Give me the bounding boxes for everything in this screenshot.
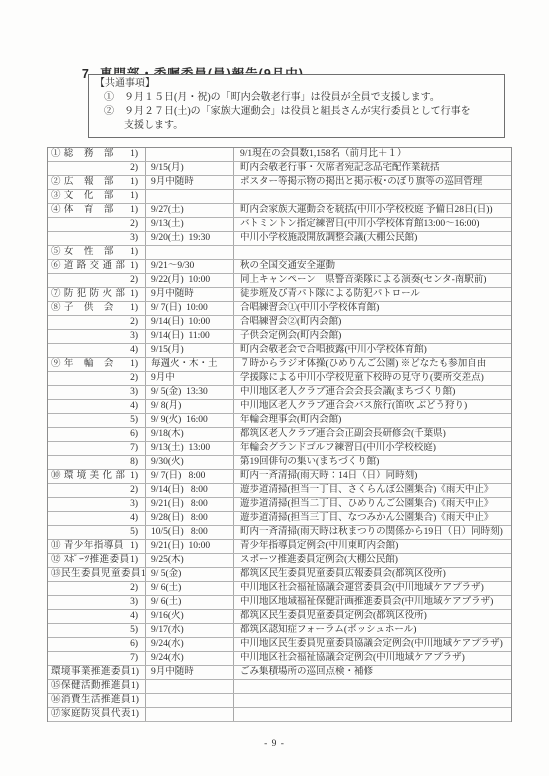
cell-description [234,246,511,259]
cell-date: 毎週火・木・土 [146,358,234,371]
cell-department: 3) [48,232,146,245]
department-label: ⑫ ｽﾎﾟｰﾂ推進委員 [51,554,130,567]
row-number: 1) [130,288,138,301]
row-number: 2) [130,162,138,175]
cell-department: ⑨ 年 輪 会 1) [48,358,146,371]
department-label: ⑪ 青少年指導員 [51,540,124,553]
table-row: 5) 9/ 9(火) 16:00 年輪会理事会(町内会館) [48,414,511,428]
cell-department: ② 広 報 部 1) [48,176,146,189]
table-row: 5) 10/5(日) 8:00 町内一斉清掃(雨天時は秋まつりの関係から19日（… [48,526,511,540]
cell-date: 9/21(日) 10:00 [146,540,234,553]
department-label: ⑰家庭防災員代表 [51,708,131,721]
table-row: 8) 9/30(火) 第19回俳句の集い(まちづくり館) [48,456,511,470]
cell-description: 町内一斉清掃(雨天時：14日（日）同時刻) [234,470,511,483]
cell-description: 青少年指導員定例会(中川東町内会館) [234,540,511,553]
table-row: ⑧ 子 供 会 1) 9/ 7(日) 10:00 合唱練習会①(中川小学校体育館… [48,302,511,316]
cell-department: ⑬民生委員児童委員 1) [48,568,146,581]
cell-department: ⑰家庭防災員代表 1) [48,708,146,721]
row-number: 3) [130,498,138,511]
table-row: 2) 9/15(月) 町内会敬老行事・欠席者宛記念品宅配作業統括 [48,162,511,176]
cell-department: 2) [48,162,146,175]
cell-department: 3) [48,330,146,343]
table-row: 2) 9/ 6(土) 中川地区社会福祉協議会運営委員会(中川地域ケアプラザ) [48,582,511,596]
table-row: 2) 9/14(日) 8:00 遊歩道清掃(担当一丁目、さくらんぼ公園集合)《雨… [48,484,511,498]
department-label: ① 総 務 部 [51,148,114,161]
cell-description: 遊歩道清掃(担当三丁目、なつみかん公園集合)《雨天中止》 [234,512,511,525]
cell-description: 徒歩班及び青パト隊による防犯パトロール [234,288,511,301]
table-row: 2) 9/14(日) 10:00 合唱練習会②(町内会館) [48,316,511,330]
table-row: 3) 9/ 5(金) 13:30 中川地区老人クラブ連合会会長会議(まちづくり館… [48,386,511,400]
cell-description: 年輪会グランドゴルフ練習日(中川小学校校庭) [234,442,511,455]
cell-description: 秋の全国交通安全運動 [234,260,511,273]
cell-date: 9/15(月) [146,162,234,175]
table-row: 2) 9/13(土) バトミントン指定練習日(中川小学校体育館13:00～16:… [48,218,511,232]
row-number: 6) [130,428,138,441]
cell-description: 町内一斉清掃(雨天時は秋まつりの関係から19日（日）同時刻) [234,526,511,539]
table-row: 4) 9/15(月) 町内会敬老会で合唱披露(中川小学校体育館) [48,344,511,358]
cell-date: 9/30(火) [146,456,234,469]
cell-description: 中川地区社会福祉協議会定例会(中川地域ケアプラザ) [234,652,511,665]
table-row: ⑯消費生活推進員 1) [48,694,511,708]
cell-department: ③ 文 化 部 1) [48,190,146,203]
cell-description: 都筑区認知症フォーラム(ボッシュホール) [234,624,511,637]
table-row: 5) 9/17(水) 都筑区認知症フォーラム(ボッシュホール) [48,624,511,638]
cell-description: 遊歩道清掃(担当一丁目、さくらんぼ公園集合)《雨天中止》 [234,484,511,497]
cell-date: 9/13(土) [146,218,234,231]
cell-date: 9/ 7(日) 8:00 [146,470,234,483]
cell-description: 中川地区老人クラブ連合会会長会議(まちづくり館) [234,386,511,399]
table-row: 6) 9/24(水) 中川地区民生委員児童委員協議会定例会(中川地域ケアプラザ) [48,638,511,652]
row-number: 2) [130,316,138,329]
row-number: 4) [130,512,138,525]
cell-date: 9/ 5(金) [146,568,234,581]
cell-description: 中川地区社会福祉協議会運営委員会(中川地域ケアプラザ) [234,582,511,595]
row-number: 2) [130,274,138,287]
row-number: 1) [130,204,138,217]
cell-description: ７時からラジオ体操(ひめりんご公園) ※どなたも参加自由 [234,358,511,371]
cell-department: ⑫ ｽﾎﾟｰﾂ推進委員 1) [48,554,146,567]
cell-description: 同上キャンペーン 県警音楽隊による演奏(センタ-南駅前) [234,274,511,287]
row-number: 8) [130,456,138,469]
table-row: 6) 9/18(木) 都筑区老人クラブ連合会正副会長研修会(千葉県) [48,428,511,442]
row-number: 5) [130,624,138,637]
cell-department: 5) [48,526,146,539]
cell-department: 3) [48,498,146,511]
cell-description: 合唱練習会②(町内会館) [234,316,511,329]
cell-department: 5) [48,624,146,637]
cell-date: 9/14(日) 11:00 [146,330,234,343]
table-row: ③ 文 化 部 1) [48,190,511,204]
report-table: ① 総 務 部 1) 9/1現在の会員数1,158名（前月比＋１） 2) 9/1… [47,147,512,722]
table-row: ④ 体 育 部 1) 9/27(土) 町内会家族大運動会を統括(中川小学校校庭 … [48,204,511,218]
cell-department: 3) [48,386,146,399]
cell-department: ⑪ 青少年指導員 1) [48,540,146,553]
cell-description: 学援隊による中川小学校児童下校時の見守り(要所交差点) [234,372,511,385]
row-number: 1) [131,680,139,693]
table-row: 3) 9/20(土) 19:30 中川小学校施設開放調整会議(大棚公民館) [48,232,511,246]
row-number: 3) [130,232,138,245]
table-row: 3) 9/21(日) 8:00 遊歩道清掃(担当二丁目、ひめりんご公園集合)《雨… [48,498,511,512]
row-number: 4) [130,610,138,623]
cell-description: ポスター等掲示物の掲出と掲示板･のぼり旗等の巡回管理 [234,176,511,189]
cell-date [146,708,234,721]
cell-date: 9/13(土) 13:00 [146,442,234,455]
cell-department: ⑦ 防 犯 防 火 部 1) [48,288,146,301]
department-label: ⑧ 子 供 会 [51,302,114,315]
department-label: ③ 文 化 部 [51,190,114,203]
row-number: 4) [130,400,138,413]
table-row: 環境事業推進委員 1) 9月中随時 ごみ集積場所の巡回点検・補修 [48,666,511,680]
cell-department: ⑯消費生活推進員 1) [48,694,146,707]
row-number: 2) [130,218,138,231]
table-row: 4) 9/16(火) 都筑区民生委員児童委員定例会(都筑区役所) [48,610,511,624]
cell-date: 9/15(月) [146,344,234,357]
row-number: 1) [131,694,139,707]
table-row: 2) 9/22(月) 10:00 同上キャンペーン 県警音楽隊による演奏(センタ… [48,274,511,288]
common-notes-heading: 【共通事項】 [95,77,500,91]
row-number: 1) [130,554,138,567]
department-label: ⑩ 環 境 美 化 部 [51,470,125,483]
department-label: ⑤ 女 性 部 [51,246,114,259]
table-row: ⑫ ｽﾎﾟｰﾂ推進委員 1) 9/25(木) スポーツ推進委員定例会(大棚公民館… [48,554,511,568]
cell-date [146,148,234,161]
row-number: 1) [131,708,139,721]
page-number: - 9 - [0,739,549,749]
cell-department: 2) [48,372,146,385]
cell-department: ① 総 務 部 1) [48,148,146,161]
row-number: 1) [130,246,138,259]
department-label: 環境事業推進委員 [51,666,131,679]
cell-date: 9/18(木) [146,428,234,441]
cell-date: 9/21(日) 8:00 [146,498,234,511]
cell-description: スポーツ推進委員定例会(大棚公民館) [234,554,511,567]
cell-description [234,708,511,721]
cell-description: 子供会定例会(町内会館) [234,330,511,343]
cell-description: ごみ集積場所の巡回点検・補修 [234,666,511,679]
report-table-body: ① 総 務 部 1) 9/1現在の会員数1,158名（前月比＋１） 2) 9/1… [48,148,511,722]
cell-description: 中川地区民生委員児童委員協議会定例会(中川地域ケアプラザ) [234,638,511,651]
cell-description: 町内会敬老行事・欠席者宛記念品宅配作業統括 [234,162,511,175]
row-number: 3) [130,330,138,343]
cell-department: 2) [48,484,146,497]
cell-description: 都筑区民生委員児童委員広報委員会(都筑区役所) [234,568,511,581]
cell-department: 7) [48,442,146,455]
cell-date [146,694,234,707]
cell-description: 中川小学校施設開放調整会議(大棚公民館) [234,232,511,245]
cell-date: 9/ 5(金) 13:30 [146,386,234,399]
department-label: ⑥ 道 路 交 通 部 [51,260,125,273]
row-number: 2) [130,582,138,595]
table-row: 7) 9/13(土) 13:00 年輪会グランドゴルフ練習日(中川小学校校庭) [48,442,511,456]
cell-date: 9/24(水) [146,638,234,651]
row-number: 3) [130,596,138,609]
row-number: 5) [130,414,138,427]
cell-date: 9/25(木) [146,554,234,567]
cell-department: 2) [48,316,146,329]
cell-description: 遊歩道清掃(担当二丁目、ひめりんご公園集合)《雨天中止》 [234,498,511,511]
table-row: ⑨ 年 輪 会 1) 毎週火・木・土 ７時からラジオ体操(ひめりんご公園) ※ど… [48,358,511,372]
cell-date [146,680,234,693]
cell-description: 年輪会理事会(町内会館) [234,414,511,427]
row-number: 1) [131,666,139,679]
cell-department: ⑧ 子 供 会 1) [48,302,146,315]
cell-department: ⑩ 環 境 美 化 部 1) [48,470,146,483]
table-row: ⑬民生委員児童委員 1) 9/ 5(金) 都筑区民生委員児童委員広報委員会(都筑… [48,568,511,582]
table-row: ⑪ 青少年指導員 1) 9/21(日) 10:00 青少年指導員定例会(中川東町… [48,540,511,554]
cell-date: 9月中随時 [146,666,234,679]
cell-date: 9/27(土) [146,204,234,217]
cell-department: 6) [48,428,146,441]
table-row: 2) 9月中 学援隊による中川小学校児童下校時の見守り(要所交差点) [48,372,511,386]
cell-date: 9/20(土) 19:30 [146,232,234,245]
cell-description: 都筑区老人クラブ連合会正副会長研修会(千葉県) [234,428,511,441]
table-row: 4) 9/ 8(月) 中川地区老人クラブ連合会バス旅行(笛吹 ぶどう狩り) [48,400,511,414]
row-number: 1) [130,470,138,483]
cell-department: 4) [48,610,146,623]
common-note-line: 支援します。 [95,119,500,133]
cell-date: 9/ 8(月) [146,400,234,413]
table-row: ⑰家庭防災員代表 1) [48,708,511,722]
cell-date: 9/14(日) 8:00 [146,484,234,497]
cell-department: 4) [48,344,146,357]
cell-date: 9/ 6(土) [146,582,234,595]
table-row: ⑥ 道 路 交 通 部 1) 9/21～9/30 秋の全国交通安全運動 [48,260,511,274]
department-label: ⑬民生委員児童委員 [51,568,141,581]
cell-department: ⑥ 道 路 交 通 部 1) [48,260,146,273]
table-row: ① 総 務 部 1) 9/1現在の会員数1,158名（前月比＋１） [48,148,511,162]
table-row: ⑤ 女 性 部 1) [48,246,511,260]
department-label: ④ 体 育 部 [51,204,114,217]
row-number: 6) [130,638,138,651]
cell-date: 9/28(日) 8:00 [146,512,234,525]
cell-department: 8) [48,456,146,469]
cell-date: 9/24(水) [146,652,234,665]
row-number: 7) [130,442,138,455]
row-number: 2) [130,484,138,497]
cell-date: 9月中 [146,372,234,385]
row-number: 4) [130,344,138,357]
cell-description: 町内会家族大運動会を統括(中川小学校校庭 予備日28日(日)) [234,204,511,217]
cell-date: 9/ 7(日) 10:00 [146,302,234,315]
cell-department: 4) [48,512,146,525]
table-row: 7) 9/24(水) 中川地区社会福祉協議会定例会(中川地域ケアプラザ) [48,652,511,666]
row-number: 2) [130,372,138,385]
row-number: 1) [130,148,138,161]
cell-description: 第19回俳句の集い(まちづくり館) [234,456,511,469]
row-number: 1) [130,540,138,553]
cell-department: 2) [48,218,146,231]
row-number: 5) [130,526,138,539]
cell-description: 都筑区民生委員児童委員定例会(都筑区役所) [234,610,511,623]
table-row: ⑮保健活動推進員 1) [48,680,511,694]
cell-description: バトミントン指定練習日(中川小学校体育館13:00～16:00) [234,218,511,231]
table-row: ② 広 報 部 1) 9月中随時 ポスター等掲示物の掲出と掲示板･のぼり旗等の巡… [48,176,511,190]
cell-date: 9月中随時 [146,288,234,301]
row-number: 1) [130,302,138,315]
table-row: ⑦ 防 犯 防 火 部 1) 9月中随時 徒歩班及び青パト隊による防犯パトロール [48,288,511,302]
cell-department: ④ 体 育 部 1) [48,204,146,217]
table-row: 3) 9/14(日) 11:00 子供会定例会(町内会館) [48,330,511,344]
department-label: ② 広 報 部 [51,176,114,189]
cell-date: 10/5(日) 8:00 [146,526,234,539]
table-row: ⑩ 環 境 美 化 部 1) 9/ 7(日) 8:00 町内一斉清掃(雨天時：1… [48,470,511,484]
row-number: 7) [130,652,138,665]
table-row: 4) 9/28(日) 8:00 遊歩道清掃(担当三丁目、なつみかん公園集合)《雨… [48,512,511,526]
cell-date: 9月中随時 [146,176,234,189]
row-number: 1) [130,190,138,203]
document-page: 7専門部・委嘱委員(員)報告(9月中) 【共通事項】 ① ９月１５日(月・祝)の… [0,0,549,776]
row-number: 3) [130,386,138,399]
cell-description: 中川地区老人クラブ連合会バス旅行(笛吹 ぶどう狩り) [234,400,511,413]
cell-department: 環境事業推進委員 1) [48,666,146,679]
row-number: 1) [130,260,138,273]
cell-department: 4) [48,400,146,413]
common-notes-box: 【共通事項】 ① ９月１５日(月・祝)の「町内会敬老行事」は役員が全員で支援しま… [88,74,505,138]
table-row: 3) 9/ 6(土) 中川地区地域福祉保健計画推進委員会(中川地域ケアプラザ) [48,596,511,610]
cell-date: 9/21～9/30 [146,260,234,273]
cell-department: 2) [48,582,146,595]
cell-department: ⑤ 女 性 部 1) [48,246,146,259]
cell-department: 2) [48,274,146,287]
cell-department: 6) [48,638,146,651]
cell-date: 9/ 9(火) 16:00 [146,414,234,427]
row-number: 1) [130,176,138,189]
cell-department: ⑮保健活動推進員 1) [48,680,146,693]
cell-department: 7) [48,652,146,665]
cell-description: 町内会敬老会で合唱披露(中川小学校体育館) [234,344,511,357]
cell-description [234,190,511,203]
cell-date: 9/17(水) [146,624,234,637]
cell-description: 合唱練習会①(中川小学校体育館) [234,302,511,315]
department-label: ⑯消費生活推進員 [51,694,131,707]
common-note-line: ① ９月１５日(月・祝)の「町内会敬老行事」は役員が全員で支援します。 [95,91,500,105]
department-label: ⑦ 防 犯 防 火 部 [51,288,125,301]
department-label: ⑨ 年 輪 会 [51,358,114,371]
cell-description [234,680,511,693]
cell-description: 9/1現在の会員数1,158名（前月比＋１） [234,148,511,161]
cell-date [146,246,234,259]
cell-department: 3) [48,596,146,609]
cell-date: 9/14(日) 10:00 [146,316,234,329]
cell-date: 9/16(火) [146,610,234,623]
row-number: 1) [130,358,138,371]
cell-date [146,190,234,203]
cell-department: 5) [48,414,146,427]
cell-date: 9/22(月) 10:00 [146,274,234,287]
department-label: ⑮保健活動推進員 [51,680,131,693]
cell-description: 中川地区地域福祉保健計画推進委員会(中川地域ケアプラザ) [234,596,511,609]
cell-description [234,694,511,707]
cell-date: 9/ 6(土) [146,596,234,609]
common-note-line: ② ９月２７日(土)の「家族大運動会」は役員と組長さんが実行委員として行事を [95,105,500,119]
